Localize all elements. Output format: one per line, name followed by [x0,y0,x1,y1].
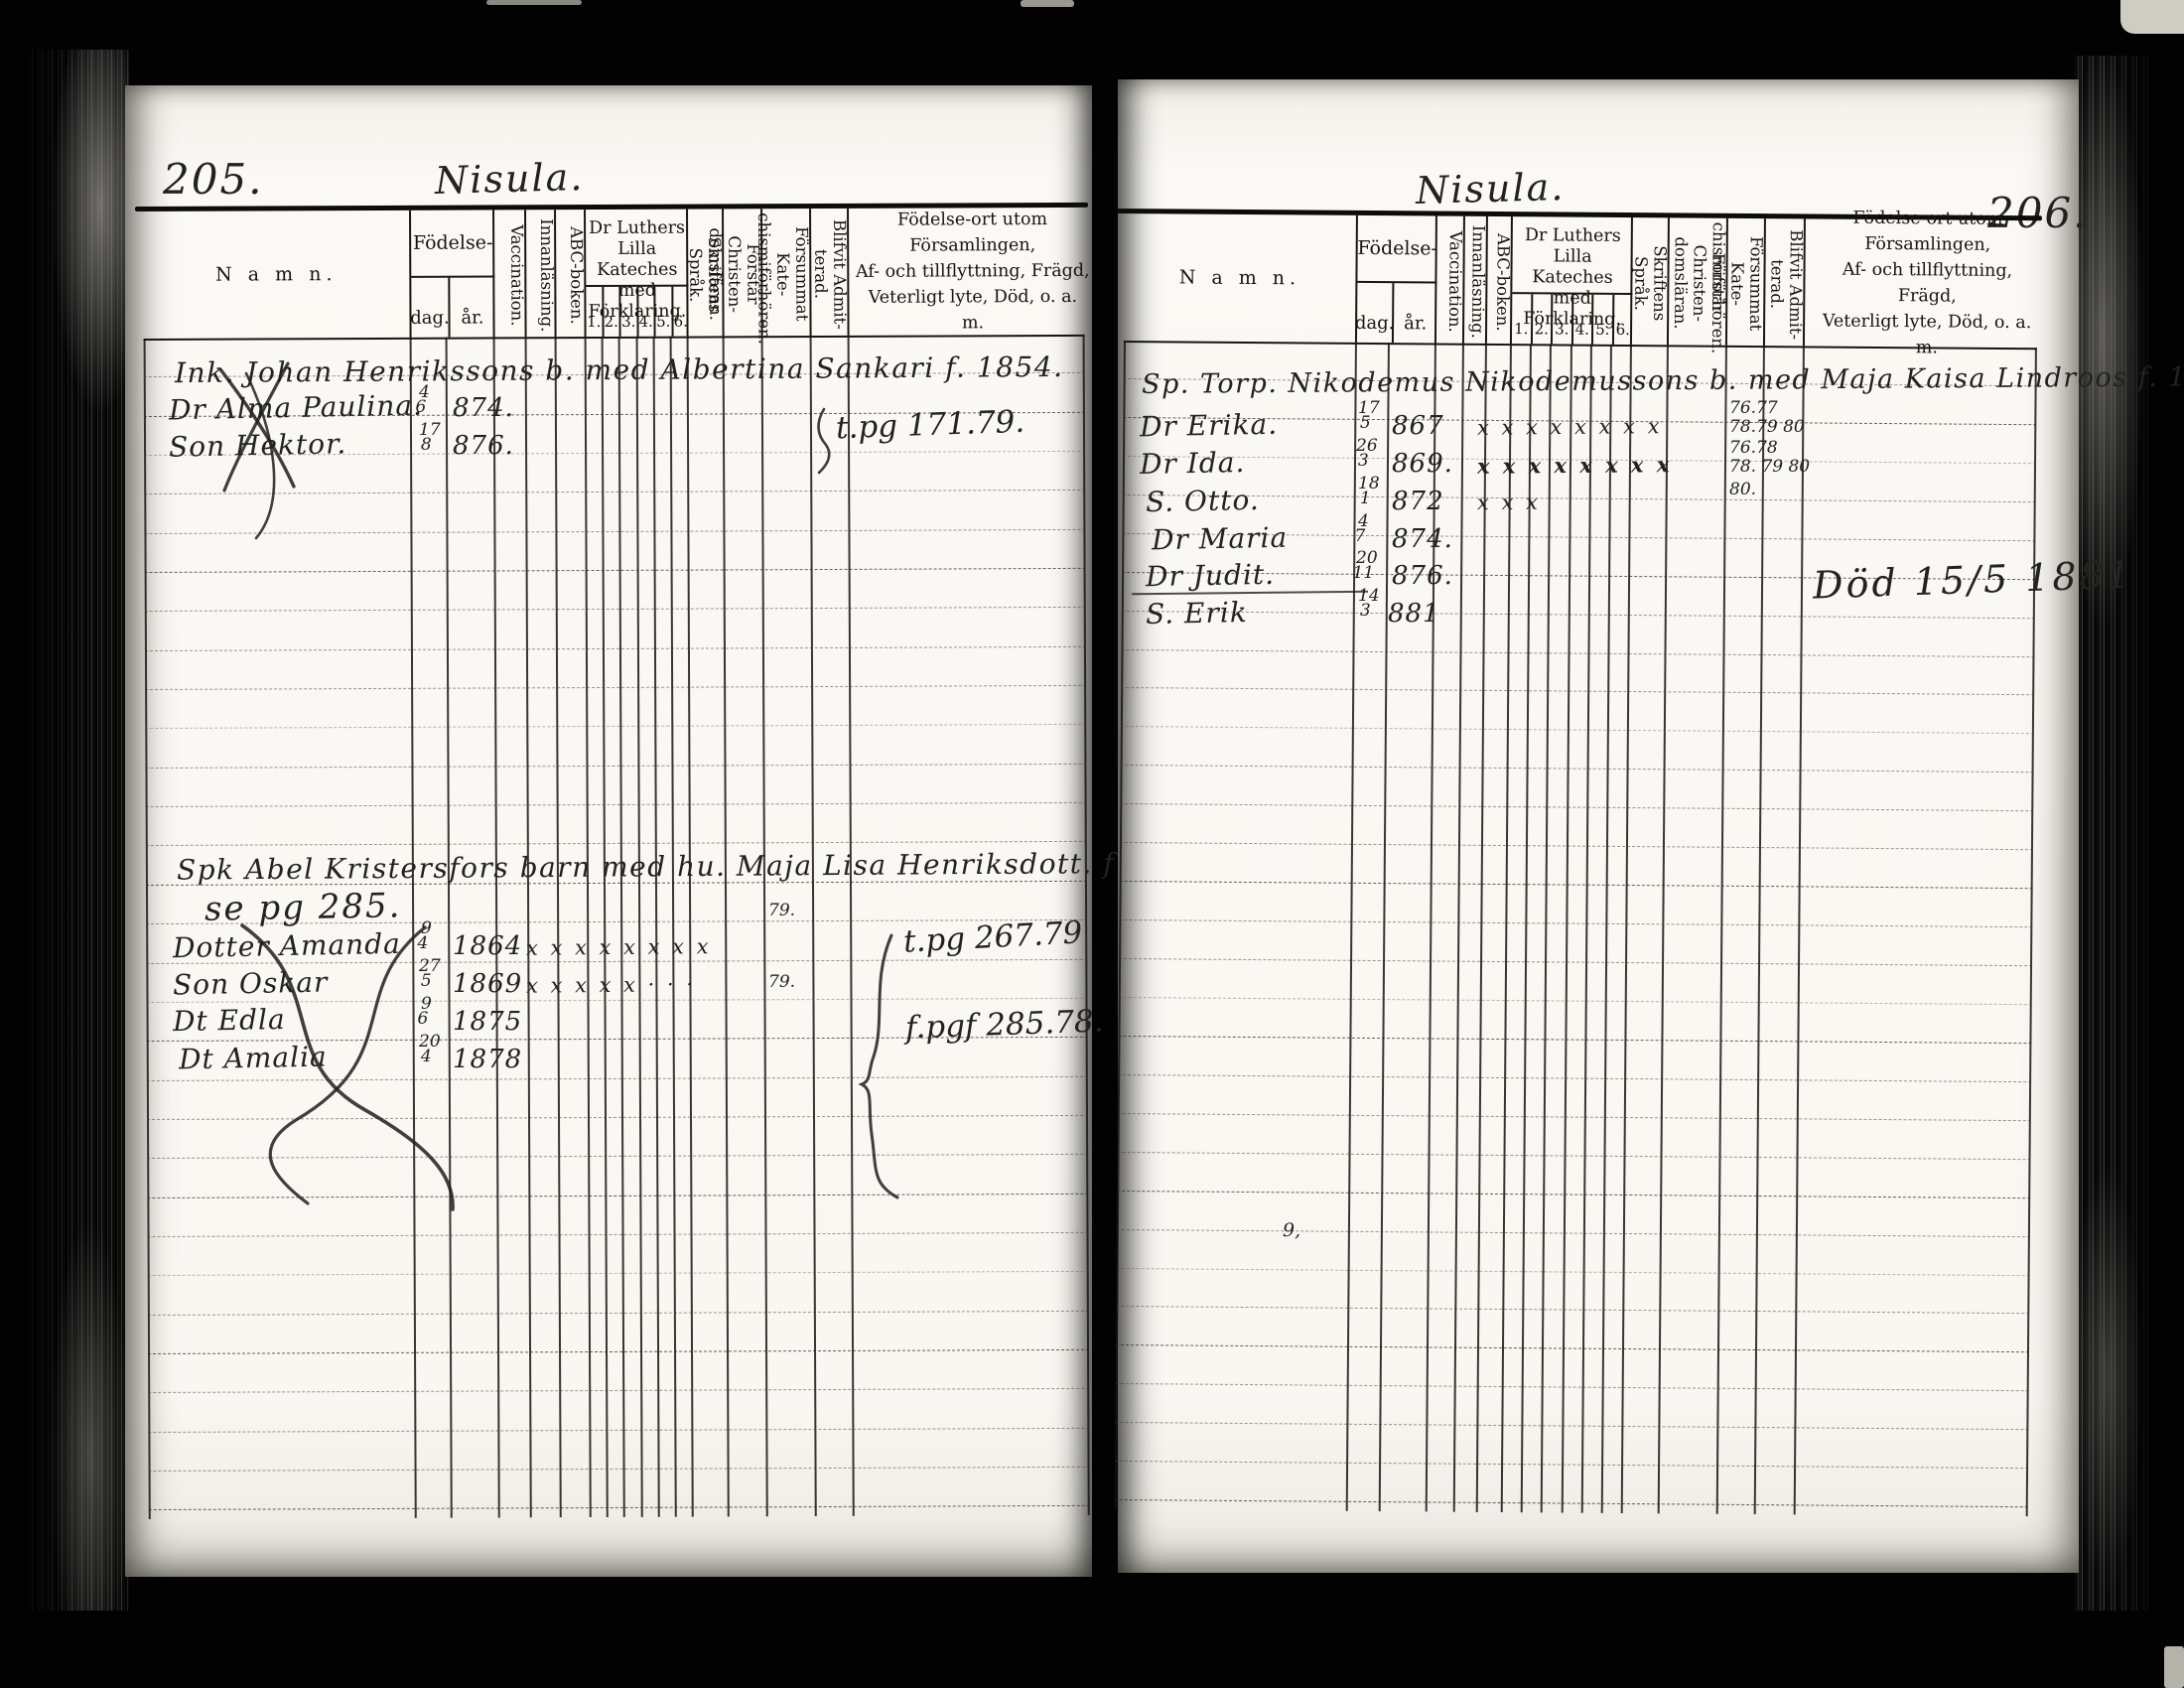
birth-day: 181 [1358,477,1380,506]
birth-year: 874. [453,393,514,423]
scanned-book-spread: 205. Nisula. N a m n. Födelse- dag. år. … [0,0,2184,1688]
margin-note: t.pg 267.79 [902,914,1083,959]
birth-day: 47 [1358,514,1369,544]
birth-day: 143 [1358,589,1380,619]
forstar-year-note: 79. [768,973,795,992]
birth-day: 96 [421,997,432,1027]
person-name: S. Otto. [1146,484,1260,518]
birth-day: 175 [1358,401,1380,431]
person-name: S. Erik [1146,596,1248,631]
birth-year: 876. [453,431,514,461]
person-name: Son Hektor. [169,427,347,463]
birth-year: 869. [1392,449,1453,479]
birth-day: 46 [419,385,430,415]
person-name: Dt Edla [173,1003,286,1038]
book-page-edges-left [26,50,129,1611]
handwriting-right: Sp. Torp. Nikodemus Nikodemussons b. med… [1118,79,2079,1573]
family-header-entry: Ink. Johan Henrikssons b. med Albertina … [175,351,1064,389]
family-header-entry: Sp. Torp. Nikodemus Nikodemussons b. med… [1142,361,2184,400]
scan-artifact [2120,0,2184,34]
person-name: Dt Amalia [179,1041,328,1076]
forsummat-years: 76.77 78.79 80 [1729,399,1805,437]
catechism-marks: x x x x x · · · [526,972,696,997]
birth-day: 263 [1356,439,1378,469]
catechism-marks: x x x x x x x x [1477,414,1663,440]
birth-year: 872 [1392,487,1444,516]
birth-day: 94 [421,921,432,951]
person-name: Dr Maria [1152,521,1289,557]
person-name: Dr Alma Paulina. [169,389,423,427]
person-name: Dr Ida. [1140,446,1246,481]
forstar-year-note: 79. [768,902,795,920]
forsummat-years: 80. [1729,481,1756,499]
birth-year: 874. [1392,524,1453,554]
birth-day: 204 [419,1035,441,1064]
right-page: Nisula. 206. N a m n. Födelse- dag. år. … [1118,79,2079,1573]
birth-year: 1875 [453,1007,522,1037]
person-name: Dotter Amanda [173,927,401,964]
birth-year: 1864 [453,931,522,961]
person-name: Son Oskar [173,966,329,1002]
person-name: Dr Erika. [1140,408,1279,444]
birth-year: 881 [1388,599,1440,629]
forsummat-years: 76.78 78. 79 80 [1729,439,1810,477]
birth-year: 876. [1392,561,1453,591]
left-page: 205. Nisula. N a m n. Födelse- dag. år. … [125,85,1092,1577]
margin-note: t.pg 171.79. [835,404,1024,447]
scan-artifact [486,0,582,5]
catechism-marks: x x x x x x x x [526,934,712,960]
birth-day: 178 [419,423,441,453]
stray-pen-mark: 9, [1283,1219,1300,1241]
handwriting-left: Ink. Johan Henrikssons b. med Albertina … [125,85,1092,1577]
book-page-edges-right [2075,56,2154,1611]
birth-day: 275 [419,959,441,989]
scan-artifact [2164,1646,2184,1688]
scan-artifact [1021,0,1074,7]
page-reference: se pg 285. [205,886,402,928]
family-header-entry: Spk Abel Kristersfors barn med hu. Maja … [177,846,1212,886]
margin-note: f.pgf 285.78. [904,1004,1104,1047]
birth-day: 2011 [1356,551,1378,581]
catechism-marks: x x x x x x x x [1477,452,1673,479]
catechism-marks: x x x [1477,491,1541,515]
person-name: Dr Judit. [1146,558,1276,593]
birth-year: 1869 [453,969,522,999]
birth-year: 1878 [453,1045,522,1074]
birth-year: 867 [1392,411,1444,441]
